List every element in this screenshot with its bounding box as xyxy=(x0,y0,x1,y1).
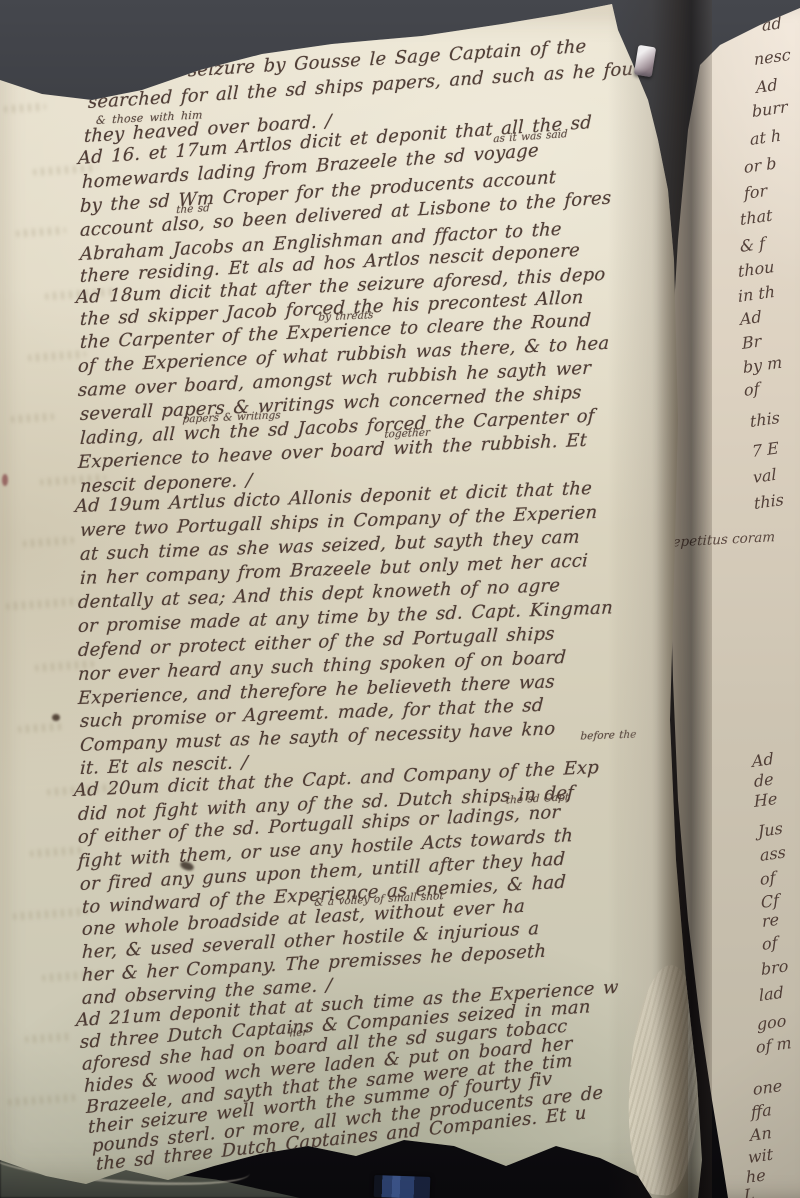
facing-page-fragment: wit xyxy=(748,1144,774,1167)
facing-page-fragment: of xyxy=(762,933,778,954)
ghost-stripe xyxy=(23,536,74,548)
facing-page-fragment: thou xyxy=(738,257,775,281)
ghost-stripe xyxy=(18,722,62,733)
ink-stain xyxy=(2,474,8,486)
facing-page-fragment: lad xyxy=(759,983,785,1006)
interlinear-insertion: together xyxy=(384,427,430,441)
marginal-note: repetitus coram xyxy=(666,529,776,551)
facing-page-fragment: Br xyxy=(742,331,762,353)
facing-page-fragment: val xyxy=(753,465,777,487)
photo-backdrop: adnescAdburrat hor bforthat& fthouin thA… xyxy=(0,0,800,1198)
ghost-stripe xyxy=(25,1032,70,1043)
facing-page-fragment: one xyxy=(753,1076,783,1099)
facing-page-fragment: goo xyxy=(757,1011,787,1034)
ghost-stripe xyxy=(16,226,66,237)
facing-page-fragment: burr xyxy=(752,97,788,121)
ghost-stripe xyxy=(6,597,80,610)
bookmark-ribbon xyxy=(374,1175,431,1198)
ghost-stripe xyxy=(11,413,54,424)
facing-page-fragment: of xyxy=(744,379,760,400)
facing-page-fragment: that xyxy=(740,205,773,229)
facing-page-fragment: this xyxy=(750,408,781,431)
facing-page-fragment: for xyxy=(744,181,768,203)
interlinear-insertion: by threats xyxy=(318,309,374,323)
facing-page-fragment: Ad xyxy=(740,307,763,329)
facing-page-fragment: re xyxy=(762,910,780,931)
ghost-stripe xyxy=(8,1094,76,1107)
facing-page-fragment: this xyxy=(754,490,785,513)
facing-page-fragment: in th xyxy=(738,282,776,306)
facing-page-fragment: An xyxy=(750,1123,773,1145)
facing-page-fragment: Ad xyxy=(756,75,779,97)
facing-page-fragment: de xyxy=(754,769,775,791)
ghost-stripe xyxy=(4,103,46,114)
page-clip xyxy=(634,45,656,77)
ink-stain xyxy=(52,714,60,721)
facing-page-fragment: Ad xyxy=(752,749,775,771)
facing-page-fragment: Jus xyxy=(758,819,784,842)
facing-page-fragment: & f xyxy=(740,233,766,256)
facing-page-fragment: he xyxy=(746,1165,767,1187)
ghost-stripe xyxy=(30,846,82,858)
interlinear-insertion: before the xyxy=(580,729,637,743)
fore-edge-stack xyxy=(620,962,710,1197)
interlinear-insertion: the sd xyxy=(176,202,210,216)
facing-page-fragment: 7 E xyxy=(752,438,780,461)
ghost-stripe xyxy=(13,907,88,920)
facing-page-fragment: of m xyxy=(756,1033,792,1057)
facing-page-fragment: ffa xyxy=(751,1100,773,1122)
interlinear-insertion: her xyxy=(289,1026,307,1039)
facing-page-fragment: bro xyxy=(761,956,789,979)
facing-page-fragment: L xyxy=(744,1184,756,1198)
facing-page-fragment: at h xyxy=(750,126,782,149)
facing-page-fragment: by m xyxy=(743,352,783,377)
facing-page-fragment: ad xyxy=(762,13,783,35)
facing-page-fragment: He xyxy=(754,789,778,811)
facing-page-fragment: of xyxy=(760,868,776,889)
facing-page-fragment: ass xyxy=(760,842,787,865)
facing-page-fragment: or b xyxy=(744,153,777,177)
facing-page-fragment: nesc xyxy=(754,45,792,69)
